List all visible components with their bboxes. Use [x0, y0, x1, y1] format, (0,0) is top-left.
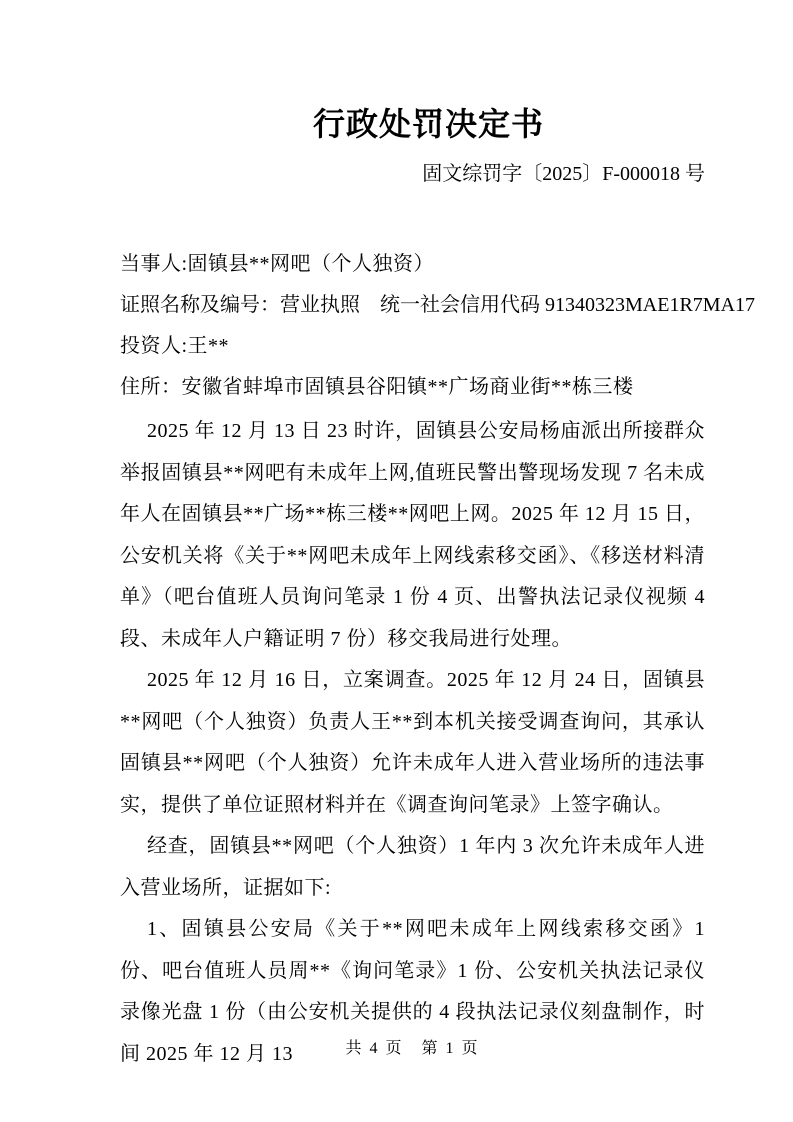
page-footer: 共 4 页 第 1 页 [120, 1040, 705, 1058]
investor-line: 投资人:王** [120, 326, 705, 367]
license-line: 证照名称及编号：营业执照 统一社会信用代码 91340323MAE1R7MA17 [120, 285, 705, 326]
party-line: 当事人:固镇县**网吧（个人独资） [120, 244, 705, 285]
page-number-indicator: 共 4 页 第 1 页 [345, 1040, 479, 1057]
paragraph-incident-report: 2025 年 12 月 13 日 23 时许，固镇县公安局杨庙派出所接群众举报固… [120, 411, 705, 660]
document-number: 固文综罚字〔2025〕F-000018 号 [120, 161, 705, 187]
document-title: 行政处罚决定书 [136, 104, 721, 144]
paragraph-investigation: 2025 年 12 月 16 日，立案调查。2025 年 12 月 24 日，固… [120, 660, 705, 826]
party-info-block: 当事人:固镇县**网吧（个人独资） 证照名称及编号：营业执照 统一社会信用代码 … [120, 244, 705, 408]
address-line: 住所：安徽省蚌埠市固镇县谷阳镇**广场商业街**栋三楼 [120, 367, 705, 408]
penalty-decision-page: 行政处罚决定书 固文综罚字〔2025〕F-000018 号 当事人:固镇县**网… [0, 0, 793, 1122]
document-body: 2025 年 12 月 13 日 23 时许，固镇县公安局杨庙派出所接群众举报固… [120, 411, 705, 1075]
paragraph-findings: 经查，固镇县**网吧（个人独资）1 年内 3 次允许未成年人进入营业场所，证据如… [120, 826, 705, 909]
